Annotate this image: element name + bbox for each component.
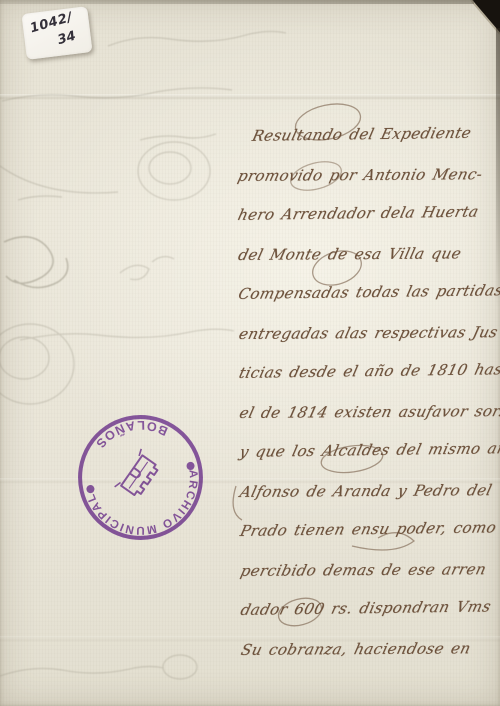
manuscript-page: 1042/ 34 Resultando del Expediente promo… [0,0,500,706]
manuscript-line: del Monte de esa Villa que [231,244,500,285]
paper-right-edge [496,28,500,308]
archive-stamp: ARCHIVO MUNICIPAL BOLAÑOS [70,407,211,548]
manuscript-line: ticias desde el año de 1810 hasta [232,360,500,403]
manuscript-line: Compensadas todas las partidas [232,281,500,324]
manuscript-line: el de 1814 existen asufavor sor. [232,402,500,443]
separator-dot [186,461,196,471]
manuscript-line: dador 600 rs. dispondran Vms [234,597,500,640]
manuscript-line: promovido por Antonio Menc- [231,165,500,206]
manuscript-text: Resultando del Expediente promovido por … [232,125,496,680]
manuscript-line: percibido demas de ese arren [233,560,500,601]
archive-label: 1042/ 34 [21,6,92,60]
manuscript-line: hero Arrendador dela Huerta [231,202,500,245]
manuscript-line: y que los Alcaldes del mismo año [233,439,500,482]
manuscript-line: Alfonso de Aranda y Pedro del [233,481,500,522]
manuscript-line: Su cobranza, haciendose en [234,639,500,680]
manuscript-line: Resultando del Expediente [245,123,500,166]
manuscript-line: entregadas alas respectivas Jus [232,323,500,364]
manuscript-line: Prado tienen ensu poder, como [233,518,500,561]
castle-emblem-icon [115,449,162,502]
label-number-bottom: 34 [56,29,78,48]
paper-top-edge [0,0,474,4]
